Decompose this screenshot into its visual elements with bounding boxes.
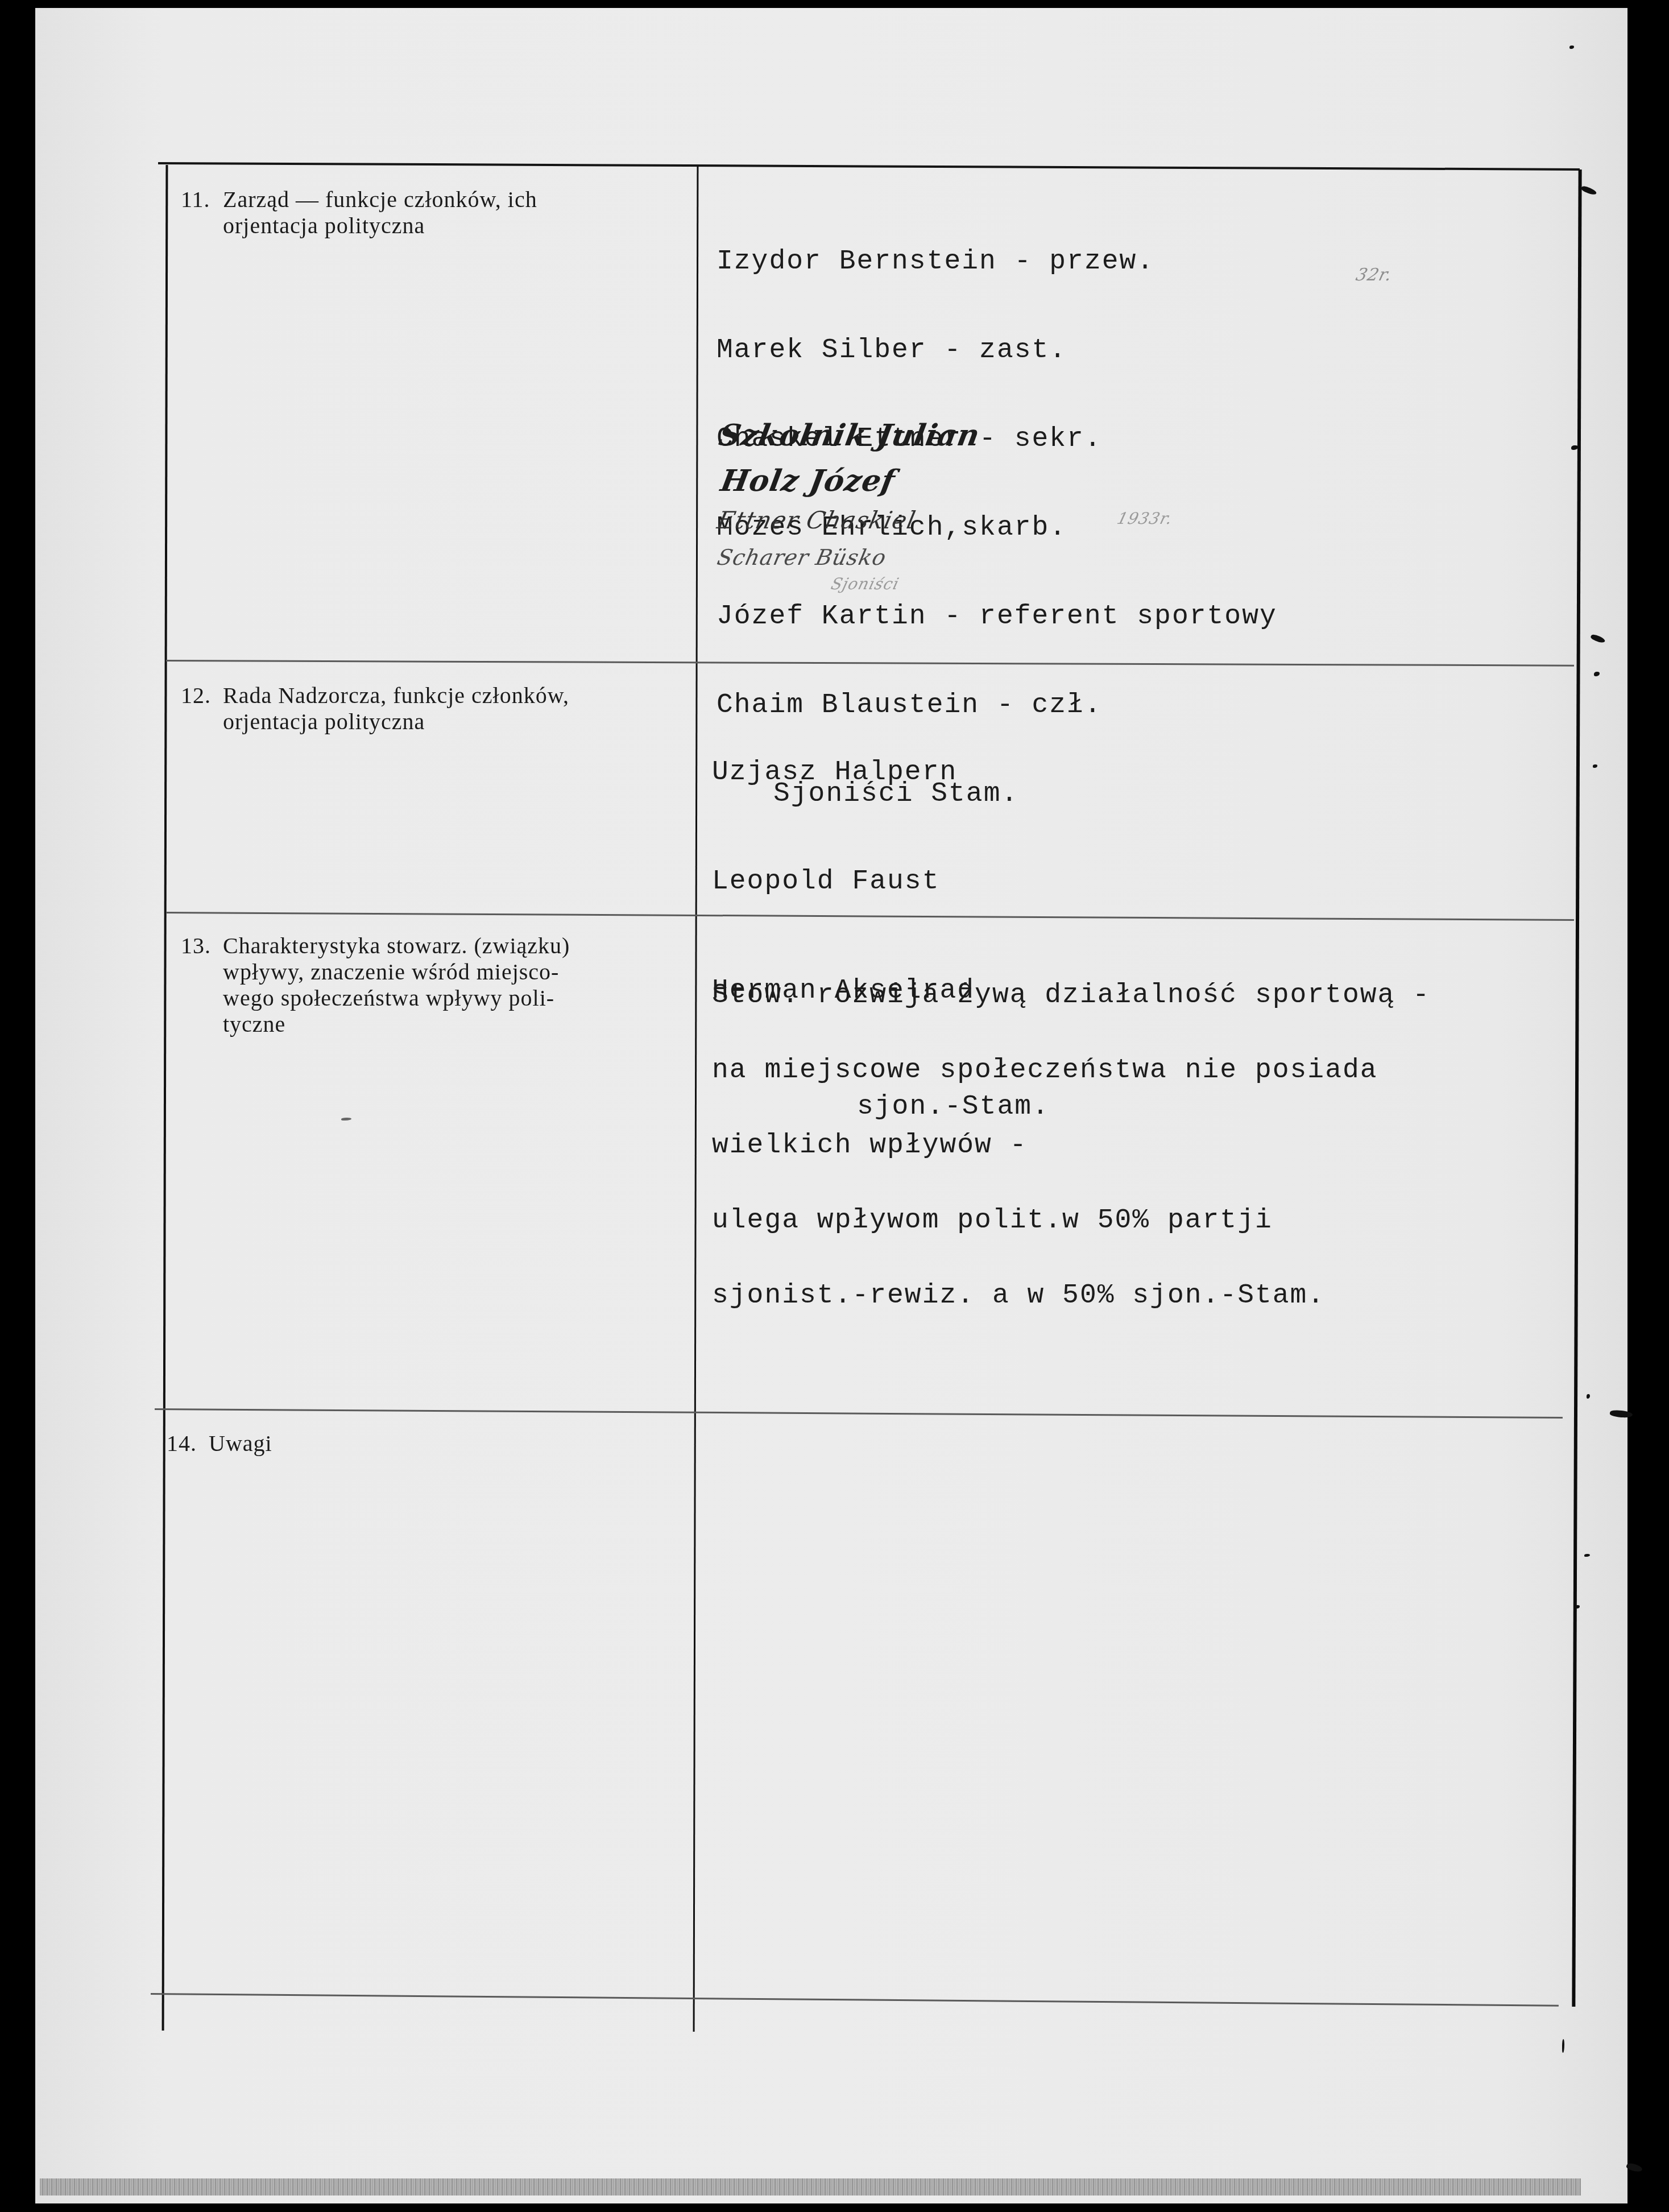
scan-speck	[1626, 2162, 1643, 2174]
handwritten-member: Holz Józef	[718, 464, 898, 498]
handwritten-member: Scharer Büsko	[715, 545, 889, 570]
row-13-label: 13.Charakterystyka stowarz. (związku) wp…	[181, 933, 570, 1037]
row-12-label: 12.Rada Nadzorcza, funkcje członków, orj…	[181, 683, 569, 735]
scan-edge-artifact	[40, 2178, 1581, 2196]
description-line: wielkich wpływów -	[712, 1133, 1430, 1158]
row-14-label: 14.Uwagi	[167, 1430, 272, 1457]
handwritten-member: Szkolnik Julian	[717, 418, 983, 453]
member-line: Józef Kartin - referent sportowy	[717, 602, 1277, 631]
member-line: Izydor Bernstein - przew.	[717, 247, 1277, 276]
handwritten-affiliation: Sjoniści	[829, 574, 901, 593]
row-11-label: 11.Zarząd — funkcje członków, ich orjent…	[181, 187, 537, 239]
description-line: na miejscowe społeczeństwa nie posiada	[712, 1058, 1430, 1083]
row-number: 14.	[167, 1430, 209, 1457]
handwritten-year: 1933r.	[1115, 509, 1175, 528]
handwritten-member: Ettner Chaskiel	[715, 506, 918, 534]
row-number: 12.	[181, 683, 223, 709]
row-13-characteristics: Stow. rozwija żywą działalność sportową …	[712, 933, 1430, 1333]
row-number: 13.	[181, 933, 223, 959]
description-line: ulega wpływom polit.w 50% partji	[712, 1208, 1430, 1233]
description-line: sjonist.-rewiz. a w 50% sjon.-Stam.	[712, 1283, 1430, 1308]
margin-note: 32r.	[1354, 265, 1394, 285]
member-line: Marek Silber - zast.	[717, 336, 1277, 365]
description-line: Stow. rozwija żywą działalność sportową …	[712, 983, 1430, 1008]
member-line: Leopold Faust	[712, 863, 1050, 900]
member-line: Uzjasz Halpern	[712, 754, 1050, 791]
row-number: 11.	[181, 187, 223, 213]
